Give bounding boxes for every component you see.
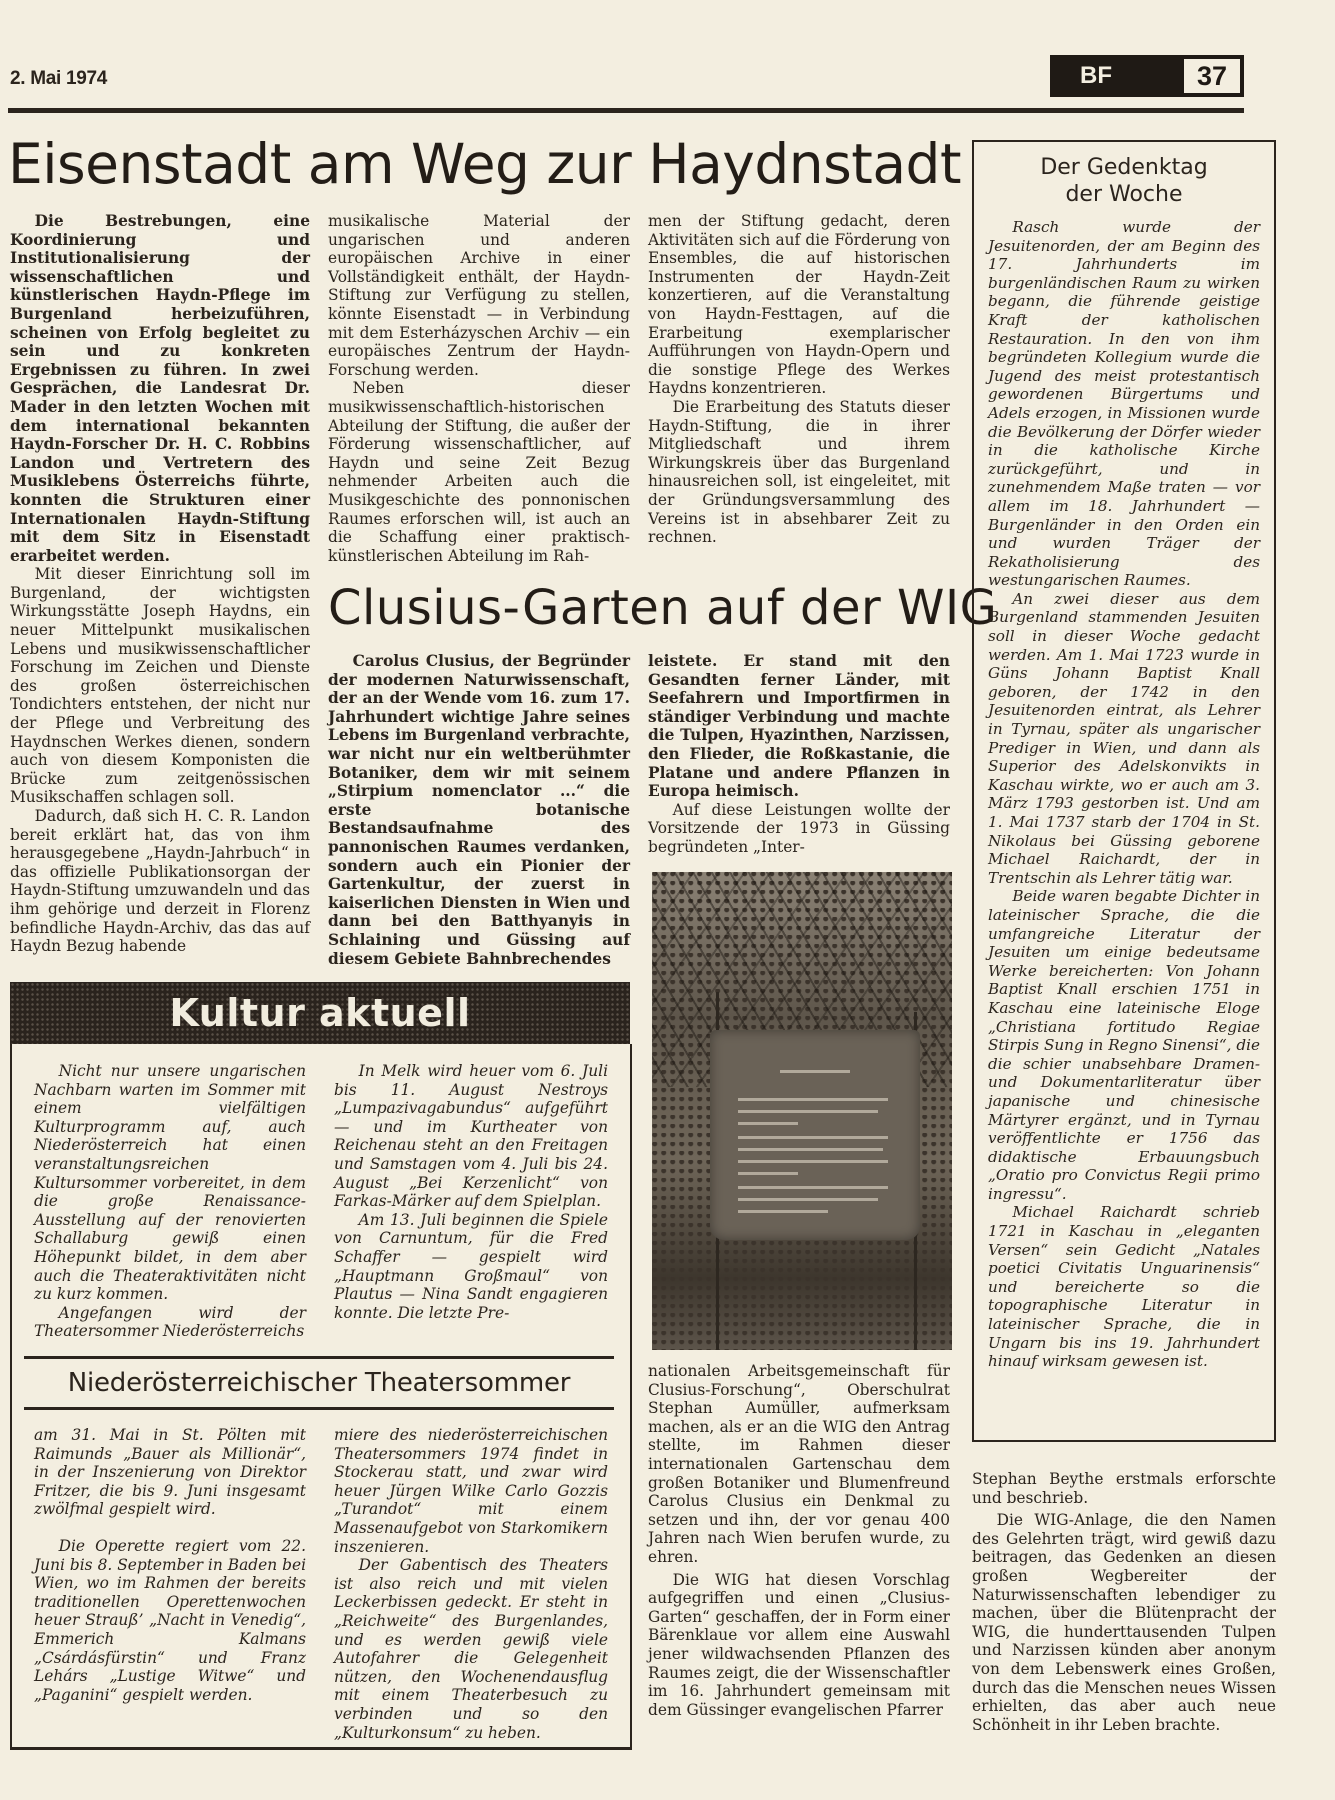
clusius-paragraph: Die WIG-Anlage, die den Namen des Gelehr…: [972, 1511, 1276, 1734]
haydn-lead-paragraph: Die Bestrebungen, eine Koordinierung und…: [10, 212, 310, 565]
kultur-paragraph: Die Operette regiert vom 22. Juni bis 8.…: [34, 1537, 306, 1704]
page-badge: BF 37: [1050, 55, 1244, 97]
masthead-rule: [8, 108, 1244, 113]
haydn-column-2: musikalische Material der ungarischen un…: [328, 212, 630, 565]
gedenktag-body: Rasch wurde der Jesuitenorden, der am Be…: [988, 218, 1260, 1371]
kultur-paragraph: Nicht nur unsere ungarischen Nachbarn wa…: [34, 1062, 306, 1304]
issue-date: 2. Mai 1974: [10, 68, 107, 90]
gedenktag-box: Der Gedenktag der Woche Rasch wurde der …: [972, 140, 1276, 1442]
clusius-paragraph: Die WIG hat diesen Vorschlag aufgegriffe…: [648, 1571, 950, 1720]
clusius-column-2-top: leistete. Er stand mit den Gesandten fer…: [648, 652, 950, 857]
theatersommer-title: Niederösterreichischer Theatersommer: [68, 1368, 571, 1398]
haydn-column-1: Die Bestrebungen, eine Koordinierung und…: [10, 212, 310, 956]
gedenktag-paragraph: Michael Raichardt schrieb 1721 in Kascha…: [988, 1203, 1260, 1370]
kultur-paragraph: Am 13. Juli beginnen die Spiele von Carn…: [334, 1211, 608, 1323]
kultur-aktuell-banner: Kultur aktuell: [10, 982, 630, 1044]
clusius-lead-continued: leistete. Er stand mit den Gesandten fer…: [648, 652, 950, 801]
haydn-paragraph: Mit dieser Einrichtung soll im Burgenlan…: [10, 565, 310, 807]
clusius-column-3: Stephan Beythe erstmals erforschte und b…: [972, 1470, 1276, 1734]
gedenktag-paragraph: Beide waren begabte Dichter in lateinisc…: [988, 887, 1260, 1203]
haydn-column-3: men der Stiftung gedacht, deren Aktivitä…: [648, 212, 950, 547]
kultur-paragraph: miere des niederösterreichischen Theater…: [334, 1426, 608, 1556]
haydn-paragraph: musikalische Material der ungarischen un…: [328, 212, 630, 379]
kultur-column-1: Nicht nur unsere ungarischen Nachbarn wa…: [34, 1062, 306, 1341]
haydn-paragraph: Die Erarbeitung des Statuts dieser Haydn…: [648, 398, 950, 547]
kultur-paragraph: In Melk wird heuer vom 6. Juli bis 11. A…: [334, 1062, 608, 1211]
headline-haydnstadt: Eisenstadt am Weg zur Haydnstadt: [8, 132, 961, 196]
gedenktag-title: Der Gedenktag der Woche: [988, 154, 1260, 208]
haydn-paragraph: Dadurch, daß sich H. C. R. Landon bereit…: [10, 807, 310, 956]
clusius-paragraph: Stephan Beythe erstmals erforschte und b…: [972, 1470, 1276, 1507]
theatersommer-subhead: Niederösterreichischer Theatersommer: [24, 1356, 614, 1410]
clusius-memorial-photo: [652, 872, 952, 1350]
headline-clusius-garten: Clusius-Garten auf der WIG: [328, 580, 997, 636]
kultur-paragraph: Der Gabentisch des Theaters ist also rei…: [334, 1556, 608, 1742]
kultur-column-3: am 31. Mai in St. Pölten mit Raimunds „B…: [34, 1426, 306, 1704]
clusius-paragraph: nationalen Arbeitsgemeinschaft für Clusi…: [648, 1362, 950, 1567]
clusius-paragraph: Auf diese Leistungen wollte der Vorsitze…: [648, 801, 950, 857]
clusius-lead-paragraph: Carolus Clusius, der Begründer der moder…: [328, 652, 630, 968]
page-number: 37: [1184, 59, 1240, 93]
kultur-column-4: miere des niederösterreichischen Theater…: [334, 1426, 608, 1742]
kultur-paragraph: am 31. Mai in St. Pölten mit Raimunds „B…: [34, 1426, 306, 1519]
gedenktag-paragraph: An zwei dieser aus dem Burgenland stamme…: [988, 590, 1260, 888]
kultur-paragraph: Angefangen wird der Theatersommer Nieder…: [34, 1304, 306, 1341]
haydn-paragraph: men der Stiftung gedacht, deren Aktivitä…: [648, 212, 950, 398]
clusius-column-2-bottom: nationalen Arbeitsgemeinschaft für Clusi…: [648, 1362, 950, 1719]
kultur-aktuell-title: Kultur aktuell: [170, 991, 471, 1035]
clusius-column-1: Carolus Clusius, der Begründer der moder…: [328, 652, 630, 968]
gedenktag-paragraph: Rasch wurde der Jesuitenorden, der am Be…: [988, 218, 1260, 590]
section-label: BF: [1080, 62, 1112, 90]
memorial-plaque: [710, 1030, 920, 1240]
kultur-column-2: In Melk wird heuer vom 6. Juli bis 11. A…: [334, 1062, 608, 1322]
haydn-paragraph: Neben dieser musikwissenschaftlich-histo…: [328, 379, 630, 565]
